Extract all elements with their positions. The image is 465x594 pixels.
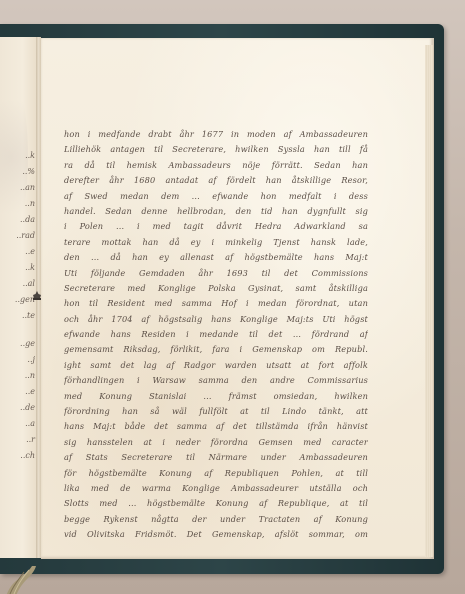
left-page-fragment: ..j	[27, 355, 35, 364]
left-page-fragment: ..da	[20, 215, 35, 224]
text-line: och åhr 1704 af högstsalig hans Konglige…	[64, 312, 368, 327]
text-line: förordning han så wäl fullfölt at til Li…	[64, 404, 368, 419]
page-stack-edge	[425, 45, 433, 557]
text-line: derefter åhr 1680 antadat af fördelt han…	[64, 173, 368, 188]
left-page-fragment: ..ge	[20, 339, 35, 348]
text-line: terare mottak han då ey i minkelig Tjens…	[64, 235, 368, 250]
left-page-fragment: ..ch	[20, 451, 35, 460]
bookmark-tassel-icon	[2, 566, 36, 594]
text-line: handel. Sedan denne hellbrodan, den tid …	[64, 204, 368, 219]
text-line: lika med de warma Konglige Ambassadeurer…	[64, 481, 368, 496]
left-page-fragment: ..a	[25, 419, 35, 428]
left-page-fragment: ..r	[26, 435, 35, 444]
text-line: af Stats Secreterare til Närmare under A…	[64, 450, 368, 465]
text-line: vid Olivitska Fridsmöt. Det Gemenskap, a…	[64, 527, 368, 542]
book-scene: ..k ..% ..an ..n ..da ..rad ..e ..k ..al…	[0, 0, 465, 594]
watermark-ornament	[0, 77, 28, 237]
text-line: sig hansstelen at i neder förordna Gemse…	[64, 435, 368, 450]
left-page-fragment: ..k	[25, 151, 35, 160]
text-line: Uti följande Gemdaden åhr 1693 til det C…	[64, 266, 368, 281]
text-line: i Polen ... i med tagit dåvrit Hedra Adw…	[64, 219, 368, 234]
text-line: med Konung Stanislai ... främst omsiedan…	[64, 389, 368, 404]
left-page-fragment: ..te	[22, 311, 35, 320]
left-page-fragment: ..n	[25, 371, 35, 380]
left-page-fragment: ..an	[20, 183, 35, 192]
text-line: gemensamt Riksdag, förlikit, fara i Geme…	[64, 342, 368, 357]
text-line: ight samt det lag af Radgor warden utsat…	[64, 358, 368, 373]
text-line: den ... då han ey allenast af högstbemäl…	[64, 250, 368, 265]
text-line: af Swed medan dem ... efwande hon medfal…	[64, 189, 368, 204]
text-line: hans Maj:t både det samma af det tillstä…	[64, 419, 368, 434]
left-page-fragment: ..%	[22, 167, 35, 176]
text-line: begge Rykenst någtta der under Tractaten…	[64, 512, 368, 527]
handwritten-text: hon i medfande drabt åhr 1677 in moden a…	[64, 127, 368, 543]
left-page-fragment: ..n	[25, 199, 35, 208]
left-page-fragment: ..e	[25, 247, 35, 256]
text-line: Lilliehök antagen til Secreterare, hwilk…	[64, 142, 368, 157]
left-page-fragment: ..e	[25, 387, 35, 396]
text-line: efwande hans Residen i medande til det .…	[64, 327, 368, 342]
text-line: Secreterare med Konglige Polska Gysinat,…	[64, 281, 368, 296]
text-line: Slotts med ... högstbemälte Konung af Re…	[64, 496, 368, 511]
text-line: ra då til hemisk Ambassadeurs nöje förrä…	[64, 158, 368, 173]
left-page-fragment: ..k	[25, 263, 35, 272]
text-line: för högstbemälte Konung af Republiquen P…	[64, 466, 368, 481]
left-page-fragment: ..de	[20, 403, 35, 412]
left-page-fragment: ..al	[23, 279, 35, 288]
text-line: förhandlingen i Warsaw samma den andre C…	[64, 373, 368, 388]
text-line: hon til Resident med samma Hof i medan f…	[64, 296, 368, 311]
left-page-fragment: ..rad	[16, 231, 35, 240]
text-line: hon i medfande drabt åhr 1677 in moden a…	[64, 127, 368, 142]
